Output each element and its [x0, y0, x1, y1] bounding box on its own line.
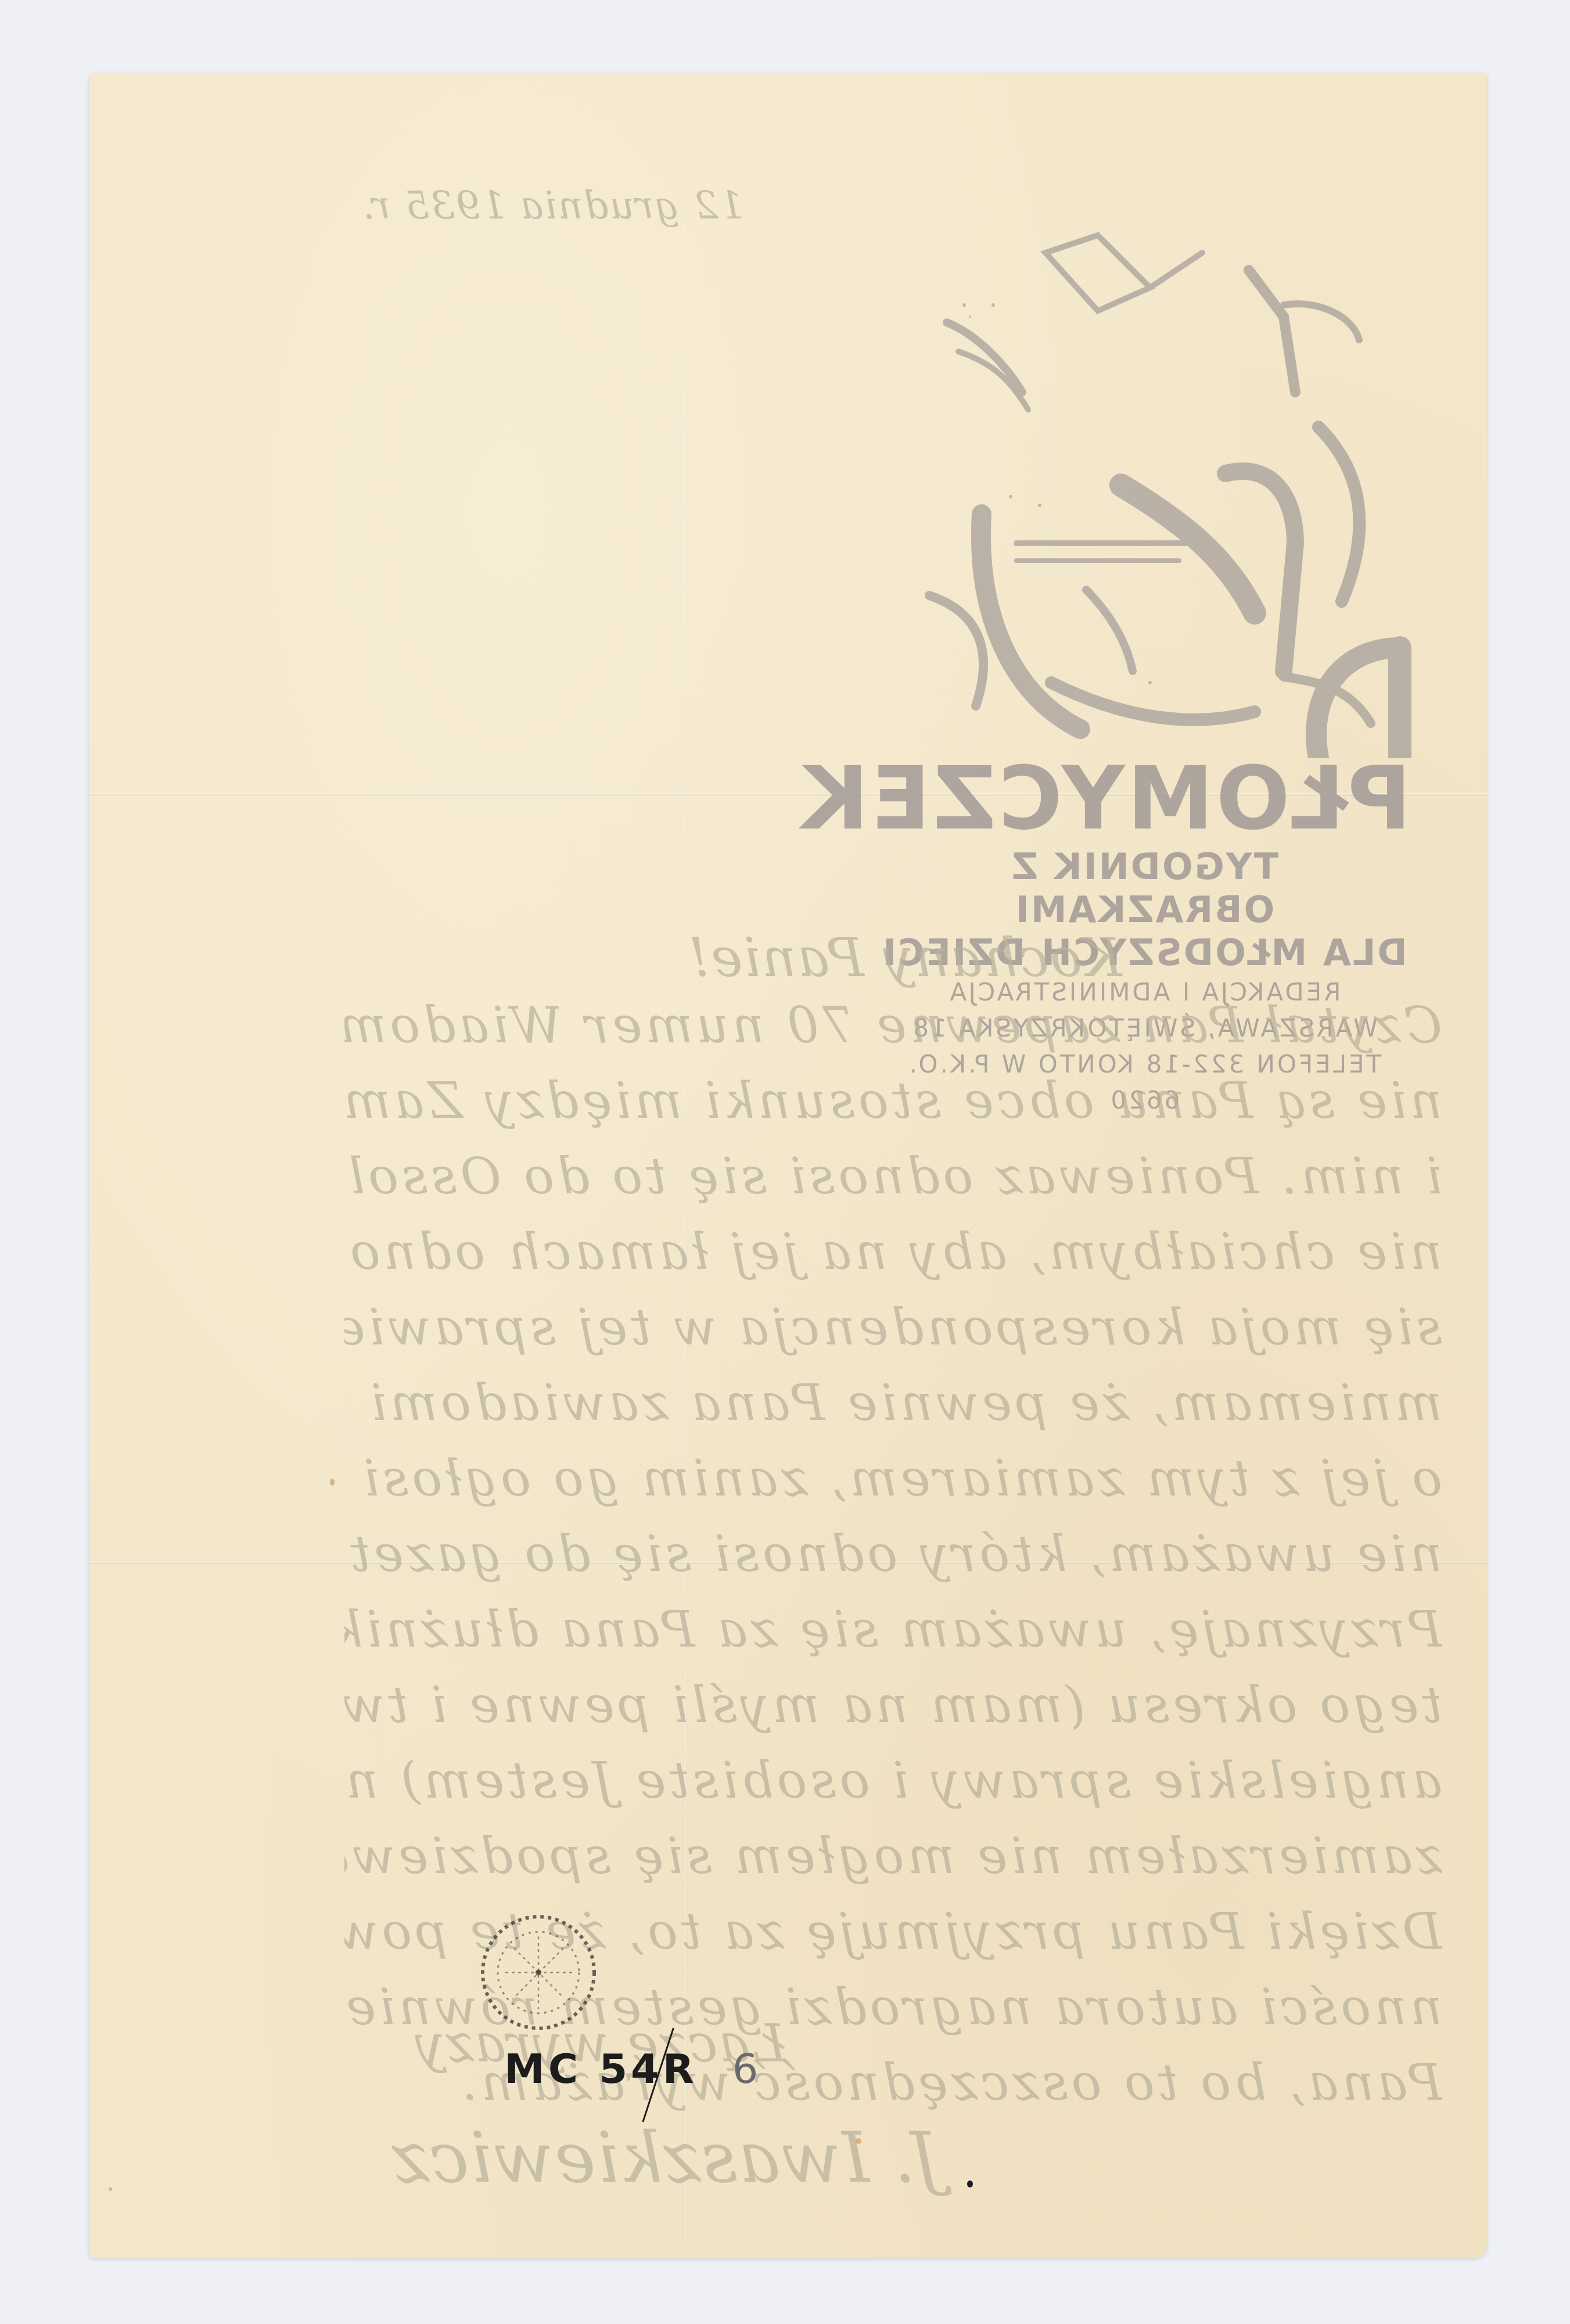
ink-dot	[967, 2180, 973, 2187]
archive-stamp-icon	[476, 1910, 601, 2035]
archive-shelfmark: MC 54R6	[504, 2045, 761, 2093]
foxing-spot	[109, 2187, 112, 2191]
body-line: mniemam, że pewnie Pana zawiadomi	[344, 1374, 1442, 1450]
body-line: nie uważam, który odnosi się do gazet.	[344, 1525, 1442, 1601]
signature-bleed-through: J. Iwaszkiewicz	[391, 2118, 940, 2199]
body-line: i nim. Poniewaz odnosi się to do Ossoliń…	[344, 1147, 1442, 1223]
body-line: zamierzałem nie mogłem się spodziewać	[344, 1827, 1442, 1903]
shelfmark-item: 6	[732, 2045, 762, 2093]
body-line: Przyznaję, uważam się za Pana dłużnika, …	[344, 1601, 1442, 1676]
letter-sheet: 12 grudnia 1935 r.	[89, 73, 1487, 2258]
letterhead-mirrored: PŁOMYCZEK TYGODNIK Z OBRAZKAMI DLA MŁODS…	[877, 171, 1429, 1043]
foxing-spot	[330, 1479, 335, 1486]
letterhead-subtitle-1: TYGODNIK Z OBRAZKAMI	[877, 845, 1411, 931]
body-line: angielskie sprawy i osobiste Jestem) naw…	[344, 1752, 1442, 1827]
date-line-bleed-through: 12 grudnia 1935 r.	[362, 183, 744, 228]
foxing-spot	[856, 2138, 861, 2144]
salutation-bleed-through: Kochany Panie!	[687, 927, 1122, 989]
body-line: nie chciałbym, aby na jej łamach odnowił…	[344, 1223, 1442, 1299]
body-line: o jej z tym zamiarem, zanim go ogłosi	[344, 1450, 1442, 1525]
body-line: nie są Panu obce stosunki między Zamojsk…	[344, 1072, 1442, 1147]
letterhead-title: PŁOMYCZEK	[877, 752, 1411, 845]
body-line: Czytał Pan zapewne 70 numer Wiadomości	[344, 996, 1442, 1072]
body-line: się moja korespondencja w tej sprawie. A…	[344, 1299, 1442, 1374]
shelfmark-main: MC 54R	[504, 2045, 698, 2093]
body-line: tego okresu (mam na myśli pewne i twoje	[344, 1676, 1442, 1752]
letterhead-illustration-icon	[877, 171, 1429, 758]
